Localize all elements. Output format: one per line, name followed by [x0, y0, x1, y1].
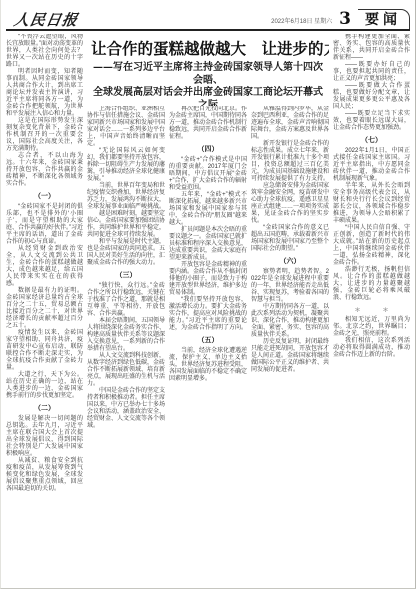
body-paragraph: 五年来，“金砖+”模式不断深化拓展，越来越多新兴市场国家和发展中国家参与其中，金… — [169, 192, 247, 227]
article-column-1: “不畏浮云遮望眼，风物长宜放眼量。”面对动荡变革的世界，人类社会向何处去？世界又… — [6, 34, 83, 579]
article-title: 让合作的蛋糕越做越大 让进步的力量越聚越强 — [91, 41, 325, 59]
body-paragraph: 发展是解决一切问题的总钥匙。去年九月，习近平主席在联合国大会上首次提出全球发展倡… — [6, 416, 83, 458]
body-paragraph: 疫情发生以来，金砖国家守望相助、同舟共济，疫苗研发中心宣布启动，联防联控合作不断… — [6, 330, 83, 372]
article-column-2: 上海合作组织、亚洲相互协作与信任措施会议、金砖国家同新兴市场国家和发展中国家对话… — [87, 106, 165, 581]
body-paragraph: 2022年1月1日，中国正式接任金砖国家主席国。习近平主席指出，中方愿同金砖伙伴… — [333, 148, 410, 183]
newspaper-page: 人民日报 2022年6月18日 星期六 3 要闻 “不畏浮云遮望眼，风物长宜放眼… — [0, 0, 416, 589]
body-paragraph: 察势者明，趋势者智。2022年是全球发展进程中重要的一年，世界经济能否走出低谷、… — [251, 269, 329, 304]
body-paragraph: 开放包容是金砖精神的重要内涵。金砖合作从不搞封闭排他的小圈子，而是致力于构建开放… — [169, 262, 247, 297]
body-paragraph: 当前，经济全球化遭遇逆流，保护主义、单边主义抬头，世界经济复苏进程受阻，各国发展… — [169, 348, 247, 383]
section-marker: （七） — [333, 135, 410, 145]
section-marker: （四） — [169, 144, 247, 154]
section-marker: （二） — [6, 403, 83, 413]
body-paragraph: “金砖国家不是封闭的俱乐部，也不是排外的‘小圈子’，而是守望相助的大家庭、合作共… — [6, 204, 83, 246]
body-paragraph: 从经贸财金到政治安全，从人文交流到公共卫生，金砖合作的蛋糕越做越大，成色越来越足… — [6, 246, 83, 288]
article-column-3: 再次把目光投向北京。作为金砖主席国，中国期待同各方一道，推动金砖合作机制行稳致远… — [169, 106, 247, 581]
body-paragraph: 志合者，不以山海为远。十六年来，金砖国家秉持开放包容、合作共赢的金砖精神，不断深… — [6, 153, 83, 188]
article-subtitle-line1: ——写在习近平主席将主持金砖国家领导人第十四次会晤、 — [91, 62, 325, 87]
body-paragraph: 明者因时而变，知者随事而制。从同金砖国家领导人共商合作大计，到出席工商论坛并发表… — [6, 69, 83, 118]
article-column-5: 携手构建更加全面、紧密、务实、包容的高质量伙伴关系，共同开启金砖合作新征程———… — [333, 34, 410, 579]
body-paragraph: 上海合作组织、亚洲相互协作与信任措施会议、金砖国家同新兴市场国家和发展中国家对话… — [87, 106, 165, 148]
body-paragraph: “金砖+”合作模式是中国的重要贡献。2017年厦门会晤期间，中方倡议开展“金砖+… — [169, 157, 247, 192]
body-paragraph: 半年来，从外长会晤到安全事务高级代表会议，从财长和央行行长会议到经贸部长会议，各… — [333, 183, 410, 225]
body-paragraph: 本届会晤期间，五国领导人将围绕深化金砖务实合作、构建高质量伙伴关系等议题深入交换… — [87, 318, 165, 353]
body-paragraph: 从人文交流到科技创新，从数字经济到绿色低碳，金砖合作不断拓展新领域、培育新亮点，… — [87, 353, 165, 388]
body-paragraph: 从雅温得到内罗毕，从金奈到巴西利亚，金砖合作的足迹遍布全球，金砖声音响彻国际舞台… — [251, 106, 329, 141]
section-marker: （三） — [87, 270, 165, 280]
body-paragraph: 应急储备安排为金砖国家筑牢金融安全网，疫苗研发中心助力全球抗疫，遥感卫星星座正式… — [251, 183, 329, 225]
section-name-tab: 要闻 — [358, 9, 410, 29]
body-paragraph: 中国是金砖合作的坚定支持者和积极推动者。担任主席国以来，中方已举办七十多场会议和… — [87, 388, 165, 430]
body-paragraph: 中方期待同各方一道，以此次系列活动为契机，凝聚共识、深化合作，推动构建更加全面、… — [251, 304, 329, 339]
masthead-logo: 人民日报 — [4, 11, 79, 29]
body-paragraph: 相知无远近，万里尚为邻。北京之约，世界瞩目；金砖之光，照亮前程。 — [333, 317, 410, 338]
masthead-right: 2022年6月18日 星期六 3 要闻 — [271, 9, 410, 29]
page-number: 3 — [339, 11, 351, 29]
body-paragraph: “金砖国家合作的意义已超出五国范畴，承载着新兴市场国家和发展中国家乃至整个国际社… — [251, 225, 329, 253]
body-paragraph: 数据是最有力的证明。金砖国家经济总量约占全球百分之二十五，贸易总额占比接近百分之… — [6, 288, 83, 330]
article-body: “不畏浮云遮望眼，风物长宜放眼量。”面对动荡变革的世界，人类社会向何处去？世界又… — [1, 31, 415, 581]
center-columns: 上海合作组织、亚洲相互协作与信任措施会议、金砖国家同新兴市场国家和发展中国家对话… — [87, 106, 329, 581]
body-paragraph: ——既要立足当下求实效，也要着眼长远谋大局，让金砖合作态势更加强劲。 — [333, 111, 410, 132]
body-paragraph: “无论国际风云如何变幻，我们都要坚持开放包容，拆除一切阻碍生产力发展的藩篱，引导… — [87, 148, 165, 183]
body-paragraph: 当前，世界百年变局和世纪疫情交织叠加，世界经济复苏乏力，发展鸿沟不断拉大，全球发… — [87, 183, 165, 211]
body-paragraph: 浩渺行无极，扬帆但信风。让合作的蛋糕越做越大，让进步的力量越聚越强，金砖巨轮必将… — [333, 267, 410, 302]
body-paragraph: 我们相信，这次系列活动必将取得圆满成功，推动金砖合作迈上新的台阶。 — [333, 338, 410, 359]
article-subtitle-line2: 全球发展高层对话会并出席金砖国家工商论坛开幕式之际 — [91, 87, 325, 106]
masthead: 人民日报 2022年6月18日 星期六 3 要闻 — [6, 0, 410, 31]
body-paragraph: 大道之行，天下为公。站在历史正确的一边，站在人类进步的一边，金砖国家携手前行的步… — [6, 372, 83, 400]
article-column-4: 从雅温得到内罗毕，从金奈到巴西利亚，金砖合作的足迹遍布全球，金砖声音响彻国际舞台… — [251, 106, 329, 581]
body-paragraph: “独行快，众行远。”金砖合作之所以行稳致远，关键在于找准了合作之道，那就是相互尊… — [87, 283, 165, 318]
article-center-block: 让合作的蛋糕越做越大 让进步的力量越聚越强 ——写在习近平主席将主持金砖国家领导… — [87, 34, 329, 581]
date-text: 2022年6月18日 星期六 — [271, 16, 332, 29]
body-paragraph: “我们要坚持开放包容，激活增长动力。要扩大金砖务实合作，提高应对风险挑战的能力。… — [169, 297, 247, 332]
headline-block: 让合作的蛋糕越做越大 让进步的力量越聚越强 ——写在习近平主席将主持金砖国家领导… — [87, 34, 329, 106]
section-marker: （五） — [169, 335, 247, 345]
body-paragraph: “中国人民自信自强、守正创新，创造了新时代的伟大成就。”站在新的历史起点上，中国… — [333, 225, 410, 267]
body-paragraph: 新开发银行是金砖合作的标志性成果。成立七年来，新开发银行累计批准九十多个项目，投… — [251, 141, 329, 183]
body-paragraph: 扩员问题是本次会晤的重要议题之一。金砖国家已就扩员标准和程序深入交换意见，达成重… — [169, 227, 247, 262]
body-paragraph: 再次把目光投向北京。作为金砖主席国，中国期待同各方一道，推动金砖合作机制行稳致远… — [169, 106, 247, 141]
end-separator: ＊ ＊ — [333, 305, 410, 314]
section-marker: （一） — [6, 191, 83, 201]
body-paragraph: 这是在国际形势发生深刻复杂变化背景下，金砖合作机制召开的一次重要会议，国际社会高… — [6, 118, 83, 153]
body-paragraph: 携手构建更加全面、紧密、务实、包容的高质量伙伴关系，共同开启金砖合作新征程—— — [333, 34, 410, 62]
body-paragraph: ——既要做大合作蛋糕，也要做好分配文章，让发展成果更多更公平惠及各国人民； — [333, 83, 410, 111]
body-paragraph: 越是困难时刻，越要坚定信心。金砖国家要加强团结协作，共同维护世界和平稳定，共同促… — [87, 211, 165, 239]
section-marker: （六） — [251, 256, 329, 266]
body-paragraph: “不畏浮云遮望眼，风物长宜放眼量。”面对动荡变革的世界，人类社会向何处去？世界又… — [6, 34, 83, 69]
body-paragraph: 从减贫、粮食安全到抗疫和疫苗，从发展筹资到气候变化和绿色发展，全球发展倡议聚焦重… — [6, 458, 83, 493]
body-paragraph: ——既要办好自己的事，也要担起共同的责任，让正义的声音更加洪亮； — [333, 62, 410, 83]
body-paragraph: 和平与发展是时代主题，也是金砖国家的共同追求。五国人民对美好生活的向往，汇聚成金… — [87, 239, 165, 267]
body-paragraph: 历史反复证明，封闭最终只能走进死胡同，开放包容才是人间正道。金砖国家将继续做国际… — [251, 339, 329, 374]
